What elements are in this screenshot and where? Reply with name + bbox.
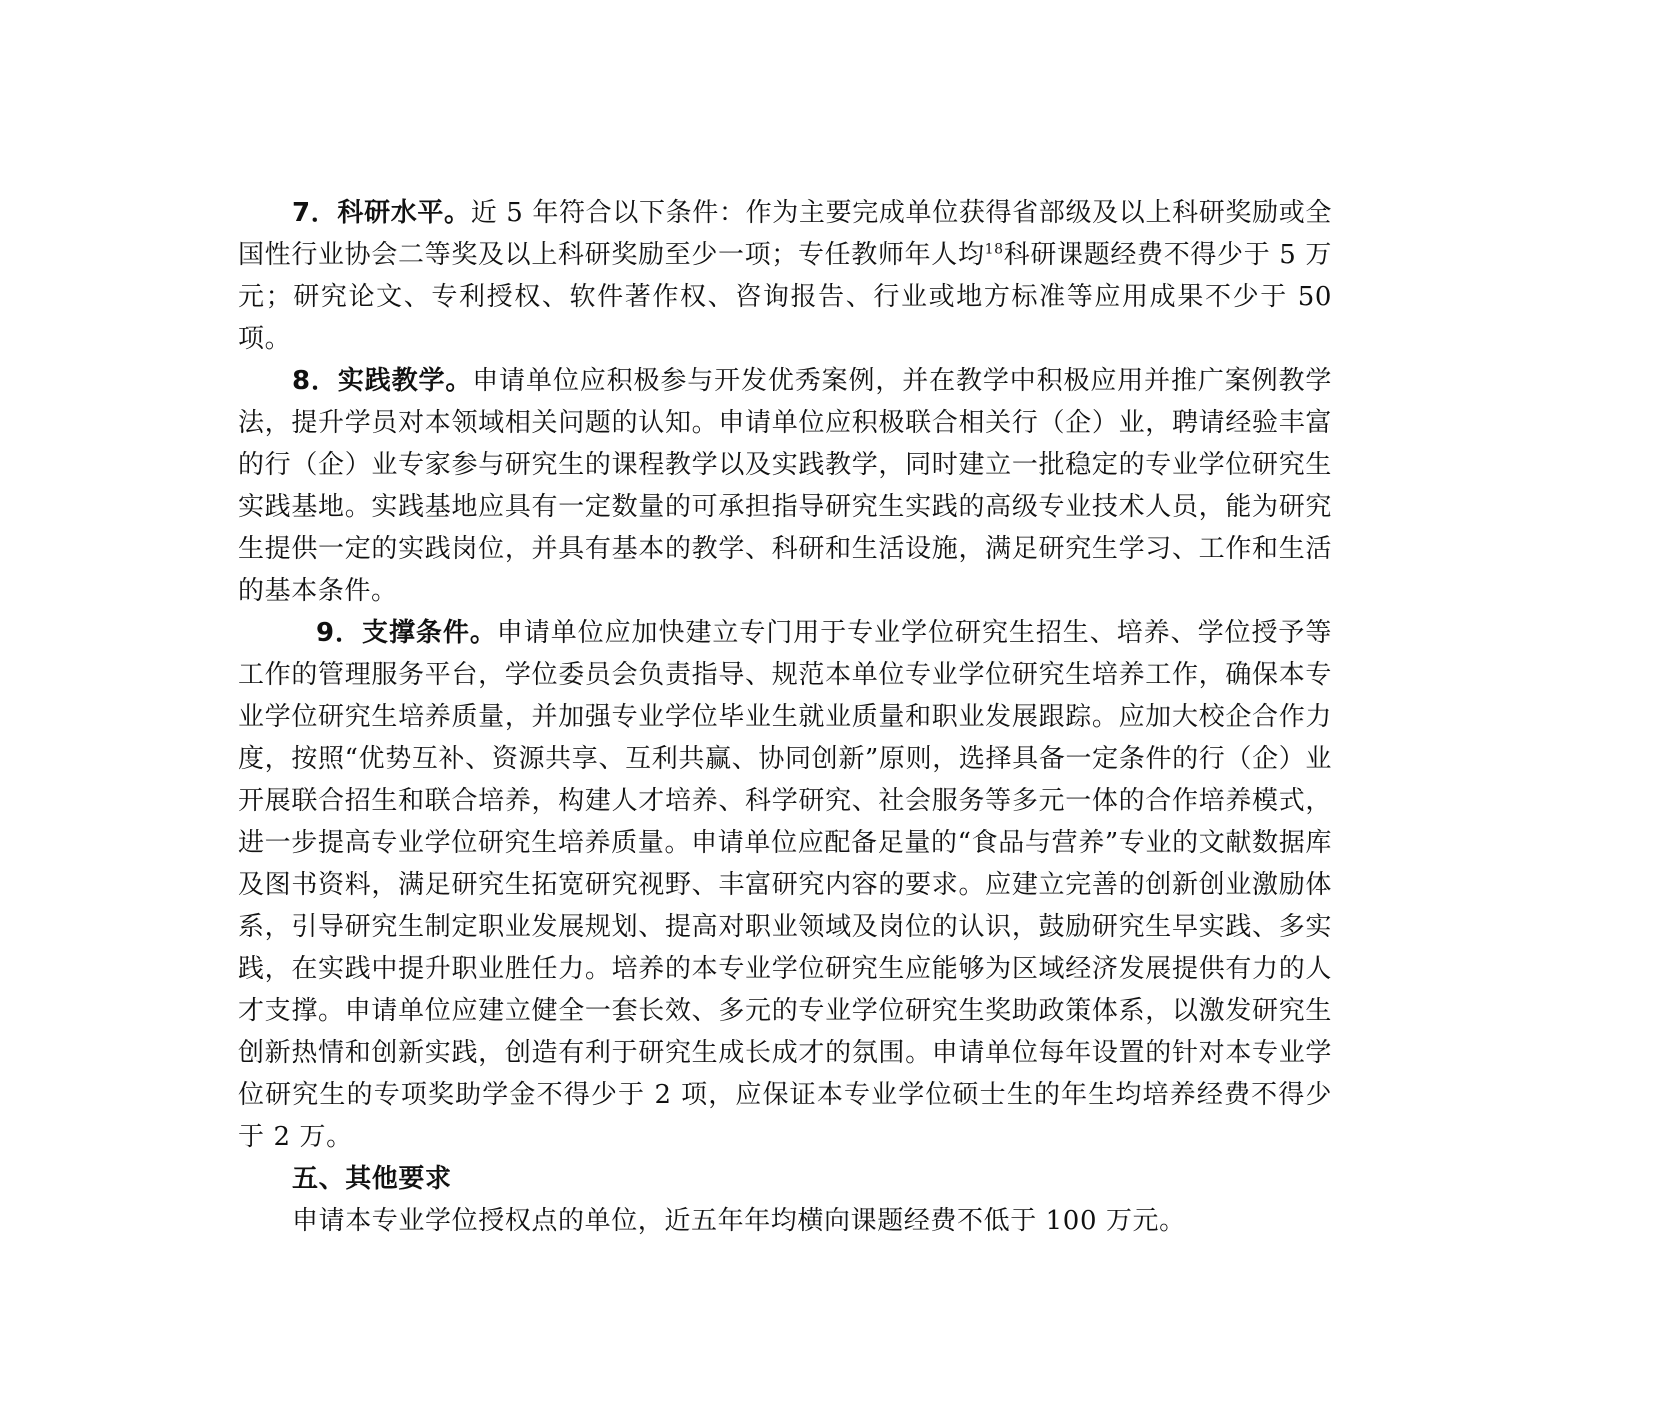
section-body: 申请单位应积极参与开发优秀案例，并在教学中积极应用并推广案例教学法，提升学员对本… [238,366,1332,606]
other-requirements-body: 申请本专业学位授权点的单位，近五年年均横向课题经费不低于 100 万元。 [238,1200,1332,1242]
document-page: 7．科研水平。近 5 年符合以下条件：作为主要完成单位获得省部级及以上科研奖励或… [238,192,1332,1242]
section-support-conditions: 9．支撑条件。申请单位应加快建立专门用于专业学位研究生招生、培养、学位授予等工作… [238,612,1332,1158]
section-title: 科研水平。 [337,198,470,228]
section-research-level: 7．科研水平。近 5 年符合以下条件：作为主要完成单位获得省部级及以上科研奖励或… [238,192,1332,360]
section-practical-teaching: 8．实践教学。申请单位应积极参与开发优秀案例，并在教学中积极应用并推广案例教学法… [238,360,1332,612]
section-number: 8． [292,366,338,396]
section-number: 7． [292,198,337,228]
other-requirements-heading: 五、其他要求 [238,1158,1332,1200]
section-body: 申请单位应加快建立专门用于专业学位研究生招生、培养、学位授予等工作的管理服务平台… [238,618,1332,1152]
footnote-reference[interactable]: 18 [985,241,1004,257]
section-number: 9． [316,618,362,648]
section-title: 支撑条件。 [362,618,497,648]
section-title: 实践教学。 [338,366,472,396]
